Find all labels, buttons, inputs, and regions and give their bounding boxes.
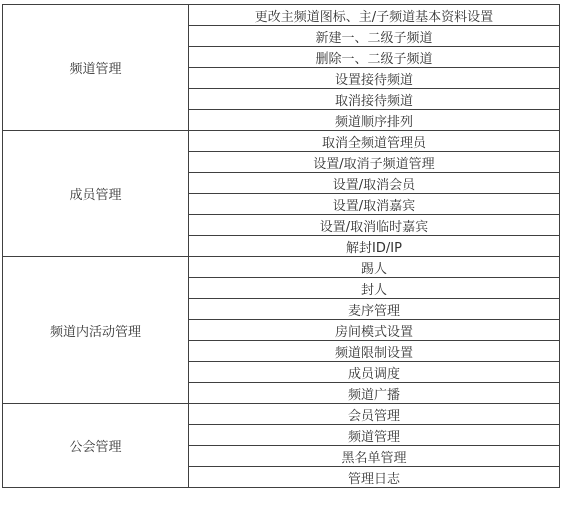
permission-cell: 频道管理 <box>189 425 560 446</box>
permission-cell: 设置/取消临时嘉宾 <box>189 215 560 236</box>
permission-cell: 设置/取消子频道管理 <box>189 152 560 173</box>
category-cell: 公会管理 <box>3 404 189 488</box>
table-row: 频道管理 更改主频道图标、主/子频道基本资料设置 <box>3 5 560 26</box>
permission-cell: 取消全频道管理员 <box>189 131 560 152</box>
category-cell: 成员管理 <box>3 131 189 257</box>
category-cell: 频道管理 <box>3 5 189 131</box>
table-row: 公会管理 会员管理 <box>3 404 560 425</box>
permission-cell: 新建一、二级子频道 <box>189 26 560 47</box>
permission-cell: 频道限制设置 <box>189 341 560 362</box>
permission-cell: 房间模式设置 <box>189 320 560 341</box>
permission-cell: 更改主频道图标、主/子频道基本资料设置 <box>189 5 560 26</box>
permission-cell: 设置/取消嘉宾 <box>189 194 560 215</box>
permission-cell: 设置/取消会员 <box>189 173 560 194</box>
permission-cell: 解封ID/IP <box>189 236 560 257</box>
permission-cell: 黑名单管理 <box>189 446 560 467</box>
permission-cell: 封人 <box>189 278 560 299</box>
permission-cell: 频道广播 <box>189 383 560 404</box>
permissions-table-body: 频道管理 更改主频道图标、主/子频道基本资料设置 新建一、二级子频道 删除一、二… <box>3 5 560 488</box>
permission-cell: 会员管理 <box>189 404 560 425</box>
permission-cell: 成员调度 <box>189 362 560 383</box>
permission-cell: 频道顺序排列 <box>189 110 560 131</box>
permission-cell: 踢人 <box>189 257 560 278</box>
table-row: 频道内活动管理 踢人 <box>3 257 560 278</box>
permission-cell: 删除一、二级子频道 <box>189 47 560 68</box>
permissions-table: 频道管理 更改主频道图标、主/子频道基本资料设置 新建一、二级子频道 删除一、二… <box>2 4 560 488</box>
permission-cell: 设置接待频道 <box>189 68 560 89</box>
permission-cell: 管理日志 <box>189 467 560 488</box>
permission-cell: 取消接待频道 <box>189 89 560 110</box>
category-cell: 频道内活动管理 <box>3 257 189 404</box>
permission-cell: 麦序管理 <box>189 299 560 320</box>
table-row: 成员管理 取消全频道管理员 <box>3 131 560 152</box>
